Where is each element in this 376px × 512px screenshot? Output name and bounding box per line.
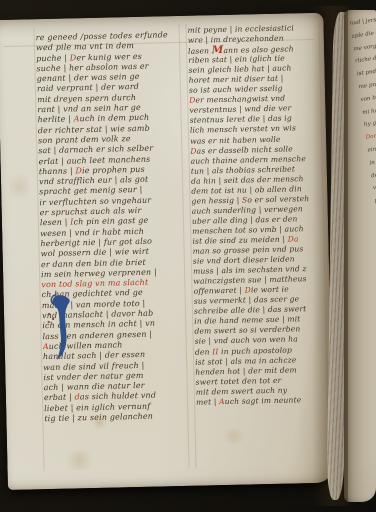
stain <box>23 13 32 20</box>
blue-initial-letter <box>45 290 77 363</box>
text-column-left: re geneed /posse todes erfundewed pile m… <box>36 30 195 425</box>
stain <box>221 429 247 445</box>
facing-page: nud | jers waple die spme vorgesturliche… <box>344 10 376 502</box>
stain <box>62 450 96 471</box>
manuscript-photo: re geneed /posse todes erfundewed pile m… <box>0 0 376 512</box>
text-column-right: mit peyne | in ecclesiasticiwre | im dre… <box>188 23 334 408</box>
manuscript-line: met | Auch sagt im neunte <box>196 394 334 407</box>
stain <box>9 169 30 203</box>
facing-page-text: nud | jers waple die spme vorgesturliche… <box>349 10 376 474</box>
manuscript-line: tig tie | zu sein gelanchen <box>44 411 194 425</box>
left-page: re geneed /posse todes erfundewed pile m… <box>0 13 334 490</box>
